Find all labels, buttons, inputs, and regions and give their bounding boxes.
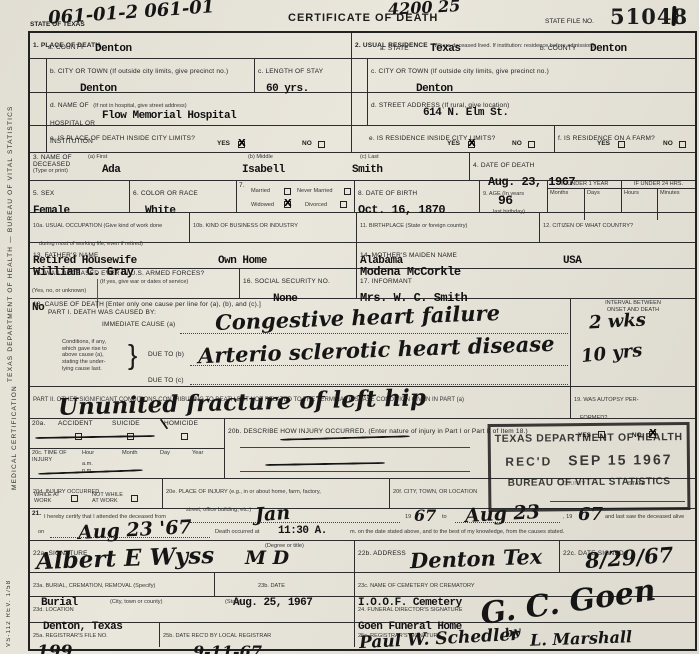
father-name-label: 13. FATHER'S NAME (33, 252, 99, 259)
residence-city-limits-label: e. IS RESIDENCE INSIDE CITY LIMITS? (369, 135, 495, 142)
informant-label: 17. INFORMANT (360, 278, 412, 285)
conditions-note-line: which gave rise to (62, 346, 107, 352)
widowed-checkbox-checked: X (284, 201, 291, 208)
armed-forces-cell: 15. WAS DECEASED EVER IN U.S. ARMED FORC… (30, 269, 240, 298)
industry-cell: 10b. KIND OF BUSINESS OR INDUSTRY Own Ho… (190, 213, 357, 242)
row-city-limits: e. IS PLACE OF DEATH INSIDE CITY LIMITS?… (30, 126, 695, 153)
first-name-value: Ada (102, 164, 120, 176)
ssn-label: 16. SOCIAL SECURITY NO. (243, 278, 330, 285)
death-certificate-scan: 061-01-2 061-01 4200 25 STATE OF TEXAS C… (0, 0, 699, 654)
certify-text-3: m. on the date stated above, and to the … (350, 529, 564, 536)
indent-spacer (30, 126, 47, 152)
x-mark: X (238, 138, 246, 149)
married-label: Married (251, 188, 270, 195)
month-label: Month (122, 450, 138, 457)
part1-label: PART I. DEATH WAS CAUSED BY: (48, 309, 156, 317)
yes-checkbox-checked: X (238, 141, 245, 148)
no-label: NO (512, 140, 522, 147)
registrar-date-cell: 25b. DATE REC'D BY LOCAL REGISTRAR 9-11-… (160, 623, 355, 647)
death-city-limits-label: e. IS PLACE OF DEATH INSIDE CITY LIMITS? (50, 135, 195, 142)
while-at-work-label-2: WORK (34, 498, 51, 505)
physician-address-cell: 22b. ADDRESS Denton Tex (355, 541, 560, 572)
location-label: 23d. LOCATION (33, 607, 74, 613)
date-of-birth-label: 8. DATE OF BIRTH (358, 190, 417, 197)
city-town-county-note: (City, town or county) (110, 599, 162, 606)
injury-location-label: 20f. CITY, TOWN, OR LOCATION (393, 489, 477, 495)
hospital-cell: d. NAME OF (If not in hospital, give str… (47, 93, 352, 125)
entry-line (240, 447, 470, 448)
if-under-1-year-group: IF UNDER 1 YEAR Months Days (548, 181, 622, 212)
yes-label: YES (217, 140, 230, 147)
not-while-at-work-checkbox (131, 495, 138, 502)
stamp-date-line: REC'D SEP 15 1967 (491, 451, 687, 469)
never-married-label: Never Married (297, 188, 332, 195)
mother-name-label: 14. MOTHER'S MAIDEN NAME (360, 252, 457, 259)
place-of-injury-label-1: 20e. PLACE OF INJURY (e.g., in or about … (166, 489, 321, 495)
length-of-stay-label: c. LENGTH OF STAY (258, 68, 323, 75)
residence-state-label: a. STATE (380, 45, 409, 53)
part2-value: Ununited fracture of left hip (58, 384, 427, 421)
physician-signature-cell: 22a. SIGNATURE (Degree or title) Albert … (30, 541, 355, 572)
indent-spacer (30, 93, 47, 125)
first-name-label: (a) First (88, 154, 107, 161)
conditions-note-line: above cause (a), (62, 352, 104, 358)
burial-date-label: 23b. DATE (258, 583, 285, 589)
no-label: NO (663, 140, 673, 147)
entry-line (190, 522, 400, 523)
time-of-injury-label-2: INJURY (32, 457, 52, 464)
place-of-death-header-cell: 1. PLACE OF DEATH a. COUNTY Denton (30, 33, 352, 58)
last-name-label: (c) Last (360, 154, 379, 161)
homicide-checkbox (181, 433, 188, 440)
certification-cell: 21. I hereby certify that I attended the… (30, 509, 695, 540)
middle-name-label: (b) Middle (248, 154, 273, 161)
injury-occurred-cell: 20d. INJURY OCCURRED WHILE AT WORK NOT W… (30, 479, 163, 508)
age-value: 96 (498, 193, 513, 208)
row-parents: 13. FATHER'S NAME William C. Gray 14. MO… (30, 243, 695, 269)
sex-cell: 5. SEX Female (30, 181, 130, 212)
cause-of-death-cell: 18. CAUSE OF DEATH [Enter only one cause… (30, 299, 571, 386)
x-mark: X (284, 198, 292, 209)
county-value: Denton (95, 43, 132, 55)
last-name-value: Smith (352, 164, 383, 176)
indent-spacer (352, 59, 368, 92)
am-label: a.m. (82, 461, 93, 468)
row-place-residence-header: 1. PLACE OF DEATH a. COUNTY Denton 2. US… (30, 33, 695, 59)
yes-label: YES (447, 140, 460, 147)
cemetery-label: 23c. NAME OF CEMETERY OR CREMATORY (358, 583, 475, 589)
registrar-file-cell: 25a. REGISTRAR'S FILE NO. 199 (30, 623, 160, 647)
date-of-death-cell: 4. DATE OF DEATH Aug. 23, 1967 (470, 153, 695, 180)
year-prefix-2: , 19 (563, 514, 572, 521)
time-of-injury-label-1: 20c. TIME OF (32, 450, 67, 457)
name-label-3: (Type or print) (33, 168, 68, 175)
interval-a-value: 2 wks (588, 310, 646, 334)
residence-county-value: Denton (590, 43, 627, 55)
row-hospital-street: d. NAME OF (If not in hospital, give str… (30, 93, 695, 126)
burial-date-cell: 23b. DATE Aug. 25, 1967 (215, 573, 355, 596)
certify-text-2: and last saw the deceased alive (605, 514, 695, 521)
interval-header-1: INTERVAL BETWEEN (574, 300, 692, 307)
ssn-cell: 16. SOCIAL SECURITY NO. None (240, 269, 357, 298)
autopsy-label-1: 19. WAS AUTOPSY PER- (574, 397, 639, 403)
pen-strike (35, 435, 155, 439)
name-of-deceased-cell: 3. NAME OF DECEASED (Type or print) (a) … (30, 153, 470, 180)
age-cell: 9. AGE (In years last birthday) 96 (480, 181, 548, 212)
no-checkbox (679, 141, 686, 148)
middle-name-value: Isabell (242, 164, 285, 176)
burial-type-label: 23a. BURIAL, CREMATION, REMOVAL (Specify… (33, 583, 155, 589)
residence-farm-cell: f. IS RESIDENCE ON A FARM? YES NO (555, 126, 695, 152)
pen-strike (280, 435, 410, 440)
stamp-bureau-line: BUREAU OF VITAL STATISTICS (491, 476, 687, 489)
armed-forces-label: 15. WAS DECEASED EVER IN U.S. ARMED FORC… (30, 269, 239, 279)
no-checkbox (528, 141, 535, 148)
street-address-cell: d. STREET ADDRESS (If rural, give locati… (368, 93, 695, 125)
citizen-cell: 12. CITIZEN OF WHAT COUNTRY? USA (540, 213, 695, 242)
physician-degree-value: M D (245, 547, 289, 569)
row-registrar: 25a. REGISTRAR'S FILE NO. 199 25b. DATE … (30, 623, 695, 647)
usual-residence-header-cell: 2. USUAL RESIDENCE (Where deceased lived… (352, 33, 695, 58)
if-under-24-hrs-group: IF UNDER 24 HRS. Hours Minutes (622, 181, 695, 212)
physician-signature-value: Albert E Wyss (36, 542, 215, 575)
no-label: NO (302, 140, 312, 147)
funeral-director-cell: 24. FUNERAL DIRECTOR'S SIGNATURE Goen Fu… (355, 597, 695, 622)
certificate-form: 1. PLACE OF DEATH a. COUNTY Denton 2. US… (28, 31, 697, 651)
medical-certification-vertical-label: MEDICAL CERTIFICATION (11, 378, 18, 490)
deputy-signature-value: L. Marshall (530, 627, 633, 650)
yes-label: YES (597, 140, 610, 147)
date-of-birth-cell: 8. DATE OF BIRTH Oct. 16, 1870 (355, 181, 480, 212)
address-label: 22b. ADDRESS (358, 550, 406, 557)
registrar-file-value: 199 (37, 642, 73, 654)
industry-label: 10b. KIND OF BUSINESS OR INDUSTRY (193, 223, 298, 229)
row-certification: 21. I hereby certify that I attended the… (30, 509, 695, 541)
no-checkbox (318, 141, 325, 148)
conditions-note-line: Conditions, if any, (62, 339, 106, 345)
burial-location-cell: 23d. LOCATION (City, town or county) (St… (30, 597, 355, 622)
date-of-death-label: 4. DATE OF DEATH (473, 162, 534, 169)
due-to-b-label: DUE TO (b) (148, 351, 184, 359)
informant-cell: 17. INFORMANT Mrs. W. C. Smith (357, 269, 695, 298)
interval-column-cell: INTERVAL BETWEEN ONSET AND DEATH 2 wks 1… (571, 299, 695, 386)
cause-of-death-heading: 18. CAUSE OF DEATH [Enter only one cause… (33, 301, 261, 309)
marital-status-cell: 7. Married Never Married Widowed X Divor… (237, 181, 355, 212)
street-address-value: 614 N. Elm St. (423, 107, 508, 119)
marital-label: 7. (239, 182, 245, 190)
under-24-hrs-label: IF UNDER 24 HRS. (622, 181, 695, 189)
registrar-signature-cell: 25c. REGISTRAR'S SIGNATURE Paul W. Sched… (355, 623, 695, 647)
to-label: to (442, 514, 447, 521)
certificate-title: CERTIFICATE OF DEATH (288, 12, 438, 24)
entry-line (240, 471, 470, 472)
row-occupation-birthplace: 10a. USUAL OCCUPATION (Give kind of work… (30, 213, 695, 243)
conditions-note-line: stating the under- (62, 359, 106, 365)
mother-name-cell: 14. MOTHER'S MAIDEN NAME Modena McCorkle (357, 243, 695, 268)
sex-label: 5. SEX (33, 190, 54, 197)
autopsy-cell: 19. WAS AUTOPSY PER- FORMED? YES NO X (571, 387, 695, 418)
state-file-no-label: STATE FILE NO. (545, 18, 594, 25)
length-of-stay-cell: c. LENGTH OF STAY 60 yrs. (255, 59, 352, 92)
birthplace-label: 11. BIRTHPLACE (State or foreign country… (360, 223, 467, 229)
widowed-label: Widowed (251, 202, 274, 209)
occupation-cell: 10a. USUAL OCCUPATION (Give kind of work… (30, 213, 190, 242)
death-occurred-label: Death occurred at (215, 529, 259, 536)
physician-address-value: Denton Tex (410, 544, 543, 574)
married-checkbox (284, 188, 291, 195)
time-of-death-value: 11:30 A. (278, 525, 327, 537)
occupation-label-1: 10a. USUAL OCCUPATION (Give kind of work… (33, 223, 162, 229)
cause-b-value: Arterio sclerotic heart disease (198, 331, 555, 368)
yes-checkbox-checked: X (468, 141, 475, 148)
funeral-director-label: 24. FUNERAL DIRECTOR'S SIGNATURE (358, 607, 462, 613)
accident-label: ACCIDENT (58, 420, 93, 428)
armed-forces-note-1: (Yes, no, or unknown) (32, 288, 86, 294)
conditions-note: Conditions, if any, which gave rise to a… (62, 339, 124, 373)
death-city-cell: b. CITY OR TOWN (If outside city limits,… (47, 59, 255, 92)
part2-cell: PART II. OTHER SIGNIFICANT CONDITIONS CO… (30, 387, 571, 418)
registrar-signature-value: Paul W. Schedler (359, 625, 520, 653)
x-mark: X (468, 138, 476, 149)
race-label: 6. COLOR OR RACE (133, 190, 198, 197)
registrar-by-label: by (504, 624, 522, 640)
day-label: Day (160, 450, 170, 457)
death-city-limits-cell: e. IS PLACE OF DEATH INSIDE CITY LIMITS?… (47, 126, 352, 152)
stamp-recd-label: REC'D (505, 454, 552, 468)
residence-city-label: c. CITY OR TOWN (If outside city limits,… (371, 68, 549, 75)
hospital-label-1: d. NAME OF (50, 102, 89, 109)
registrar-date-value: 9-11-67 (193, 642, 262, 654)
death-city-label: b. CITY OR TOWN (If outside city limits,… (50, 68, 228, 75)
suicide-label: SUICIDE (112, 420, 140, 428)
pen-strike (265, 462, 385, 466)
under-1-year-label: IF UNDER 1 YEAR (548, 181, 621, 189)
last-seen-value: Aug 23 '67 (78, 516, 193, 544)
row-physician-signature: 22a. SIGNATURE (Degree or title) Albert … (30, 541, 695, 573)
father-name-cell: 13. FATHER'S NAME William C. Gray (30, 243, 357, 268)
yes-checkbox (618, 141, 625, 148)
divorced-label: Divorced (305, 202, 327, 209)
attended-from-value: Jan (254, 502, 291, 526)
row-name-dod: 3. NAME OF DECEASED (Type or print) (a) … (30, 153, 695, 181)
homicide-label: HOMICIDE (164, 420, 198, 428)
divorced-checkbox (340, 201, 347, 208)
residence-state-value: Texas (430, 43, 461, 55)
row-cause-of-death: 18. CAUSE OF DEATH [Enter only one cause… (30, 299, 695, 387)
stamp-date-value: SEP 15 1967 (568, 451, 672, 468)
row-location-funeral-director: 23d. LOCATION (City, town or county) (St… (30, 597, 695, 623)
row-armed-forces-ssn: 15. WAS DECEASED EVER IN U.S. ARMED FORC… (30, 269, 695, 299)
bureau-vertical-label: TEXAS DEPARTMENT OF HEALTH — BUREAU OF V… (7, 52, 14, 382)
state-of-texas-label: STATE OF TEXAS (30, 21, 85, 28)
registrar-date-label: 25b. DATE REC'D BY LOCAL REGISTRAR (163, 633, 271, 639)
residence-city-cell: c. CITY OR TOWN (If outside city limits,… (368, 59, 695, 92)
indent-spacer (30, 59, 47, 92)
20a-label: 20a. (32, 420, 45, 428)
accident-suicide-homicide-cell: 20a. ACCIDENT SUICIDE HOMICIDE (30, 419, 224, 449)
hour-label: Hour (82, 450, 94, 457)
never-married-checkbox (344, 188, 351, 195)
on-label: on (38, 529, 44, 536)
due-to-c-label: DUE TO (c) (148, 377, 184, 385)
hospital-value: Flow Memorial Hospital (102, 110, 236, 122)
interval-b-value: 10 yrs (580, 340, 643, 367)
not-while-at-work-label-2: AT WORK (92, 498, 118, 505)
burial-type-cell: 23a. BURIAL, CREMATION, REMOVAL (Specify… (30, 573, 215, 596)
indent-spacer (352, 93, 368, 125)
date-signed-cell: 22c. DATE SIGNED 8/29/67 (560, 541, 695, 572)
year-value-1: 67 (414, 506, 436, 525)
row-part2-autopsy: PART II. OTHER SIGNIFICANT CONDITIONS CO… (30, 387, 695, 419)
county-label: a. COUNTY (48, 44, 84, 52)
residence-county-label: b. COUNTY (540, 45, 576, 53)
race-cell: 6. COLOR OR RACE White (130, 181, 237, 212)
brace-glyph: } (128, 339, 137, 371)
item-21-number: 21. (32, 510, 41, 517)
received-stamp: TEXAS DEPARTMENT OF HEALTH REC'D SEP 15 … (488, 422, 691, 512)
time-of-injury-cell: 20c. TIME OF INJURY Hour Month Day Year … (30, 449, 224, 479)
hospital-note: (If not in hospital, give street address… (93, 103, 186, 109)
citizen-label: 12. CITIZEN OF WHAT COUNTRY? (543, 223, 633, 229)
registrar-file-label: 25a. REGISTRAR'S FILE NO. (33, 633, 108, 639)
row-sex-race-age: 5. SEX Female 6. COLOR OR RACE White 7. … (30, 181, 695, 213)
date-signed-value: 8/29/67 (584, 542, 674, 573)
conditions-note-line: lying cause last. (62, 366, 102, 372)
while-at-work-checkbox (71, 495, 78, 502)
birthplace-cell: 11. BIRTHPLACE (State or foreign country… (357, 213, 540, 242)
residence-city-limits-cell: e. IS RESIDENCE INSIDE CITY LIMITS? YES … (352, 126, 555, 152)
year-prefix-1: 19 (405, 514, 411, 521)
immediate-cause-label: IMMEDIATE CAUSE (a) (102, 321, 175, 329)
year-label: Year (192, 450, 203, 457)
form-code-vertical-label: VS-112 REV. 1/58 (6, 552, 12, 647)
state-note: (State) (225, 599, 242, 606)
row-city-town: b. CITY OR TOWN (If outside city limits,… (30, 59, 695, 93)
stamp-agency-line: TEXAS DEPARTMENT OF HEALTH (491, 431, 687, 445)
describe-injury-label: 20b. DESCRIBE HOW INJURY OCCURRED. (Ente… (228, 428, 528, 435)
